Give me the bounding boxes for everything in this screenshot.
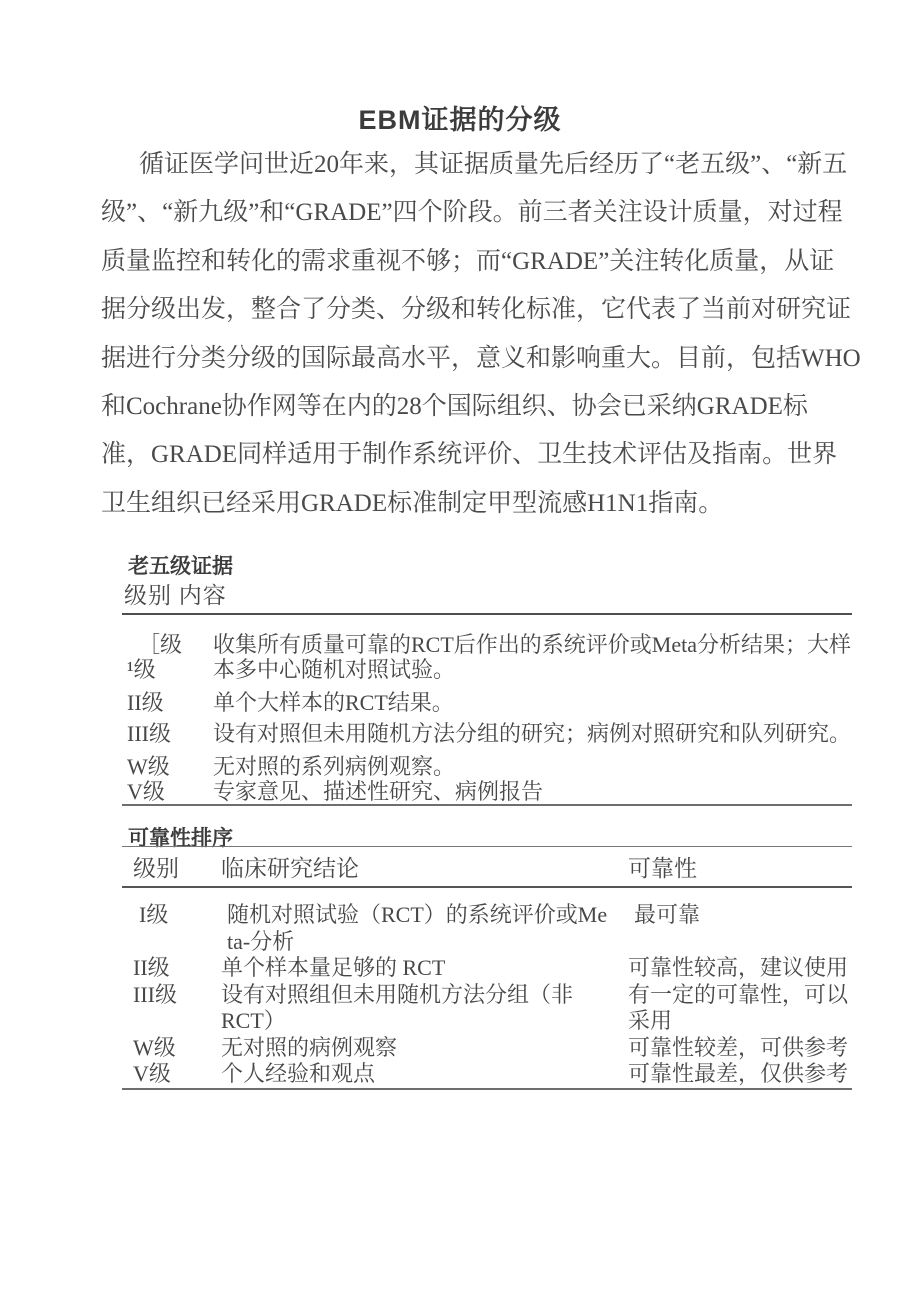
conclusion-cell: 单个样本量足够的 RCT [221,955,628,982]
level-cell: V级 [122,1061,221,1088]
paragraph-line: 准，GRADE同样适用于制作系统评价、卫生技术评估及指南。世界 [101,431,901,479]
paragraph-line: 级”、“新九级”和“GRADE”四个阶段。前三者关注设计质量，对过程 [101,189,901,237]
table-reliability-ranking: 级别 临床研究结论 可靠性 I级 随机对照试验（RCT）的系统评价或Me ta-… [122,846,852,1090]
table-body: ［级 ¹级 收集所有质量可靠的RCT后作出的系统评价或Meta分析结果；大样 本… [122,615,852,806]
content-line: 本多中心随机对照试验。 [213,657,852,682]
column-header-level: 级别 [122,850,221,883]
table-header-row: 级别 临床研究结论 可靠性 [122,847,852,888]
reliability-cell: 可靠性较差，可供参考 [628,1035,852,1062]
paragraph-line: 循证医学问世近20年来，其证据质量先后经历了“老五级”、“新五 [101,141,901,189]
table-body: I级 随机对照试验（RCT）的系统评价或Me ta-分析 最可靠 II级 单个样… [122,888,852,1090]
content-line: 单个大样本的RCT结果。 [213,690,852,715]
level-label: W级 [127,754,213,779]
document-title: EBM证据的分级 [0,98,920,137]
table-row: I级 随机对照试验（RCT）的系统评价或Me ta-分析 最可靠 [122,902,852,955]
content-cell: 收集所有质量可靠的RCT后作出的系统评价或Meta分析结果；大样 本多中心随机对… [213,632,852,682]
paragraph-line: 据进行分类分级的国际最高水平，意义和影响重大。目前，包括WHO [101,335,901,383]
paragraph-line: 据分级出发，整合了分类、分级和转化标准，它代表了当前对研究证 [101,286,901,334]
level-cell: W级 [122,1035,221,1062]
paragraph-line: 和Cochrane协作网等在内的28个国际组织、协会已采纳GRADE标 [101,383,901,431]
level-cell: II级 [122,690,213,715]
table-row: W级 无对照的系列病例观察。 [122,754,852,779]
table-row: V级 个人经验和观点 可靠性最差，仅供参考 [122,1061,852,1088]
level-label: III级 [127,721,213,746]
level-label: ［级 [127,632,213,657]
table-row: II级 单个样本量足够的 RCT 可靠性较高，建议使用 [122,955,852,982]
level-cell: ［级 ¹级 [122,632,213,682]
table-old-five-levels-heading: 老五级证据 [128,550,233,580]
table-row: ［级 ¹级 收集所有质量可靠的RCT后作出的系统评价或Meta分析结果；大样 本… [122,632,852,682]
column-header-reliability: 可靠性 [628,850,852,883]
content-cell: 单个大样本的RCT结果。 [213,690,852,715]
conclusion-cell: 随机对照试验（RCT）的系统评价或Me ta-分析 [227,902,634,955]
table-row: V级 专家意见、描述性研究、病例报告 [122,779,852,804]
document-page: EBM证据的分级 循证医学问世近20年来，其证据质量先后经历了“老五级”、“新五… [0,0,920,1302]
body-paragraph: 循证医学问世近20年来，其证据质量先后经历了“老五级”、“新五 级”、“新九级”… [101,141,901,528]
content-line: 收集所有质量可靠的RCT后作出的系统评价或Meta分析结果；大样 [213,632,852,657]
level-label: V级 [127,779,213,804]
content-line: 无对照的系列病例观察。 [213,754,852,779]
reliability-cell: 可靠性较高，建议使用 [628,955,852,982]
level-label: II级 [127,690,213,715]
level-cell: II级 [122,955,221,982]
level-label: ¹级 [127,657,213,682]
level-cell: W级 [122,754,213,779]
table-row: II级 单个大样本的RCT结果。 [122,690,852,715]
content-line: 专家意见、描述性研究、病例报告 [213,779,852,804]
paragraph-line: 质量监控和转化的需求重视不够；而“GRADE”关注转化质量，从证 [101,238,901,286]
table-row: III级 设有对照但未用随机方法分组的研究；病例对照研究和队列研究。 [122,721,852,746]
content-line: 设有对照但未用随机方法分组的研究；病例对照研究和队列研究。 [213,721,852,746]
reliability-cell: 可靠性最差，仅供参考 [628,1061,852,1088]
content-cell: 无对照的系列病例观察。 [213,754,852,779]
reliability-cell: 最可靠 [634,902,852,955]
content-cell: 设有对照但未用随机方法分组的研究；病例对照研究和队列研究。 [213,721,852,746]
content-cell: 专家意见、描述性研究、病例报告 [213,779,852,804]
table-old-five-levels: 级别 内容 ［级 ¹级 收集所有质量可靠的RCT后作出的系统评价或Meta分析结… [122,577,852,806]
table-row: III级 设有对照组但未用随机方法分组（非 RCT） 有一定的可靠性，可以采用 [122,982,852,1035]
level-cell: V级 [122,779,213,804]
conclusion-cell: 设有对照组但未用随机方法分组（非 RCT） [221,982,628,1035]
level-cell: III级 [122,982,221,1035]
paragraph-line: 卫生组织已经采用GRADE标准制定甲型流感H1N1指南。 [101,480,901,528]
reliability-cell: 有一定的可靠性，可以采用 [628,982,852,1035]
column-header-conclusion: 临床研究结论 [221,850,628,883]
conclusion-cell: 无对照的病例观察 [221,1035,628,1062]
table-header-row: 级别 内容 [122,577,852,615]
level-cell: I级 [122,902,227,955]
table-row: W级 无对照的病例观察 可靠性较差，可供参考 [122,1035,852,1062]
level-cell: III级 [122,721,213,746]
conclusion-cell: 个人经验和观点 [221,1061,628,1088]
